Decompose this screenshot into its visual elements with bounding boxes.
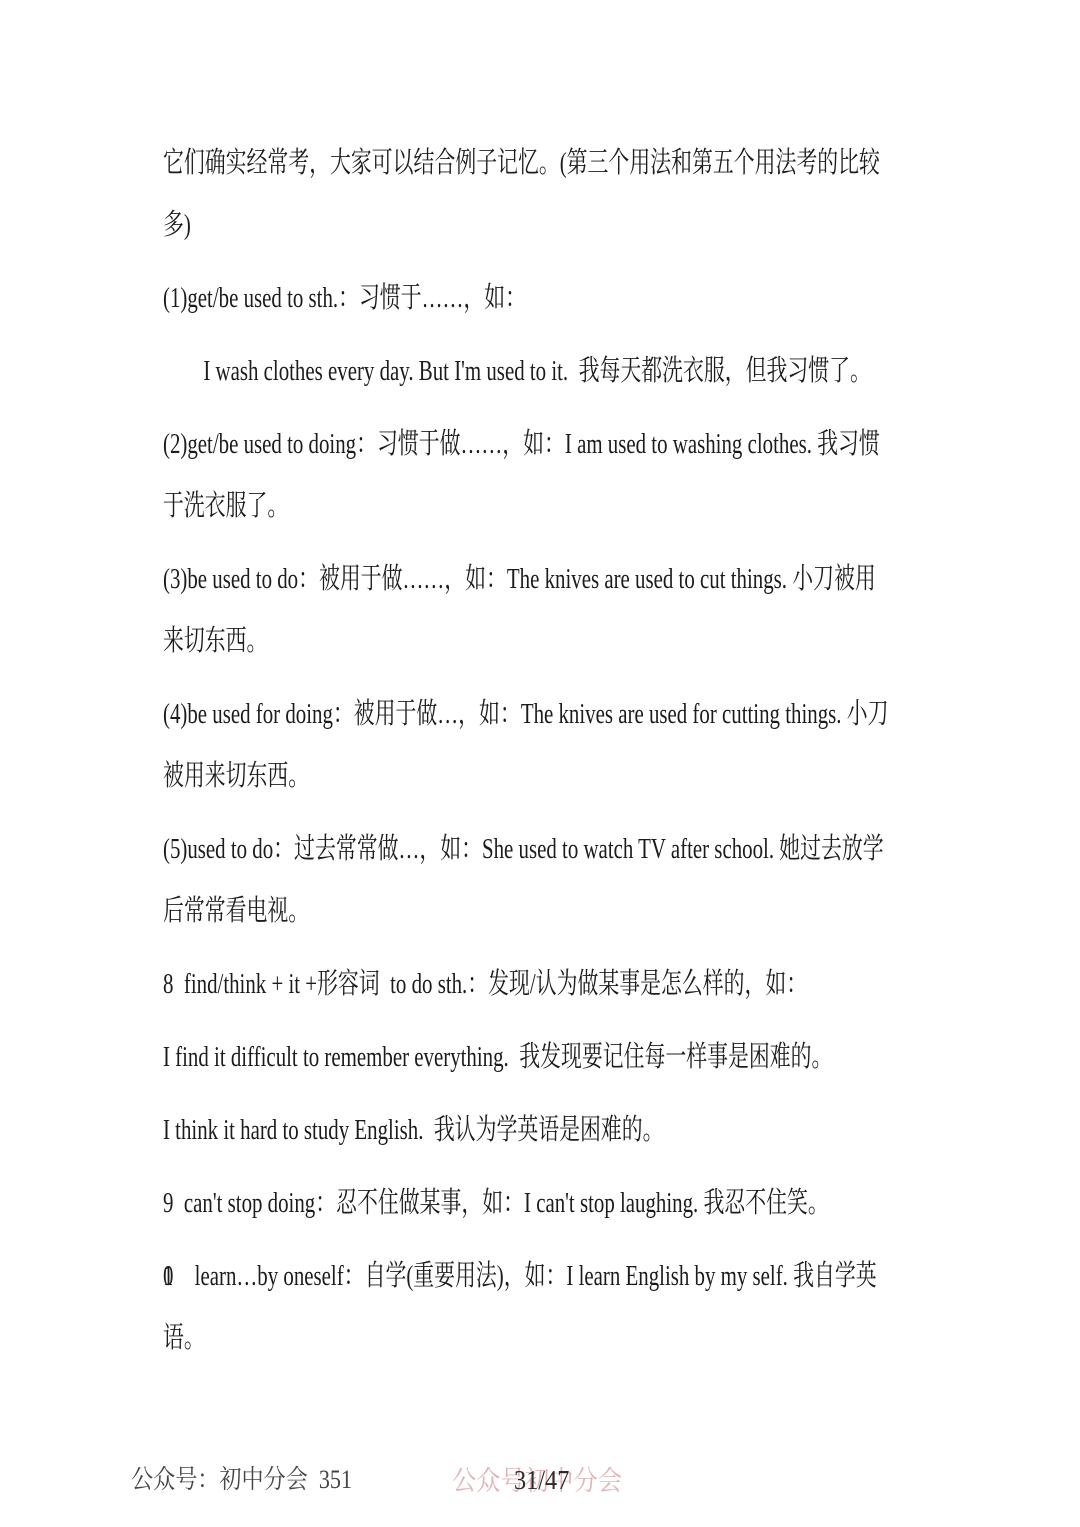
- document-page: 它们确实经常考，大家可以结合例子记忆。(第三个用法和第五个用法考的比较 多) (…: [0, 0, 1080, 1527]
- text-line: 9 can't stop doing：忍不住做某事，如：I can't stop…: [163, 1172, 811, 1234]
- text-line: I think it hard to study English. 我认为学英语…: [163, 1099, 811, 1161]
- text-line: (5)used to do：过去常常做…，如：She used to watch…: [163, 818, 811, 880]
- text-line: 来切东西。: [163, 610, 811, 672]
- text-line: 后常常看电视。: [163, 880, 811, 942]
- footer-account-label: 公众号：初中分会 351: [131, 1462, 352, 1498]
- text-line: (2)get/be used to doing：习惯于做……，如：I am us…: [163, 413, 811, 475]
- text-line: 它们确实经常考，大家可以结合例子记忆。(第三个用法和第五个用法考的比较: [163, 132, 811, 194]
- text-line: (3)be used to do：被用于做……，如：The knives are…: [163, 548, 811, 610]
- text-line: I wash clothes every day. But I'm used t…: [163, 340, 811, 402]
- text-line: 多): [163, 194, 811, 256]
- document-body: 它们确实经常考，大家可以结合例子记忆。(第三个用法和第五个用法考的比较 多) (…: [163, 132, 1063, 1369]
- text-line: 10learn…by oneself：自学(重要用法)，如：I learn En…: [163, 1245, 811, 1307]
- text-line: 8 find/think + it +形容词 to do sth.：发现/认为做…: [163, 953, 811, 1015]
- text-line: 语。: [163, 1307, 811, 1369]
- text-line-content: learn…by oneself：自学(重要用法)，如：I learn Engl…: [195, 1260, 877, 1292]
- text-line: I find it difficult to remember everythi…: [163, 1026, 811, 1088]
- text-line: 被用来切东西。: [163, 745, 811, 807]
- text-line: (1)get/be used to sth.：习惯于……，如：: [163, 267, 811, 329]
- page-footer: 公众号：初中分会 351 公众号初中分会 31/47: [0, 1462, 1080, 1502]
- text-line: 于洗衣服了。: [163, 475, 811, 537]
- text-line: (4)be used for doing：被用于做…，如：The knives …: [163, 683, 811, 745]
- page-number: 31/47: [514, 1462, 569, 1498]
